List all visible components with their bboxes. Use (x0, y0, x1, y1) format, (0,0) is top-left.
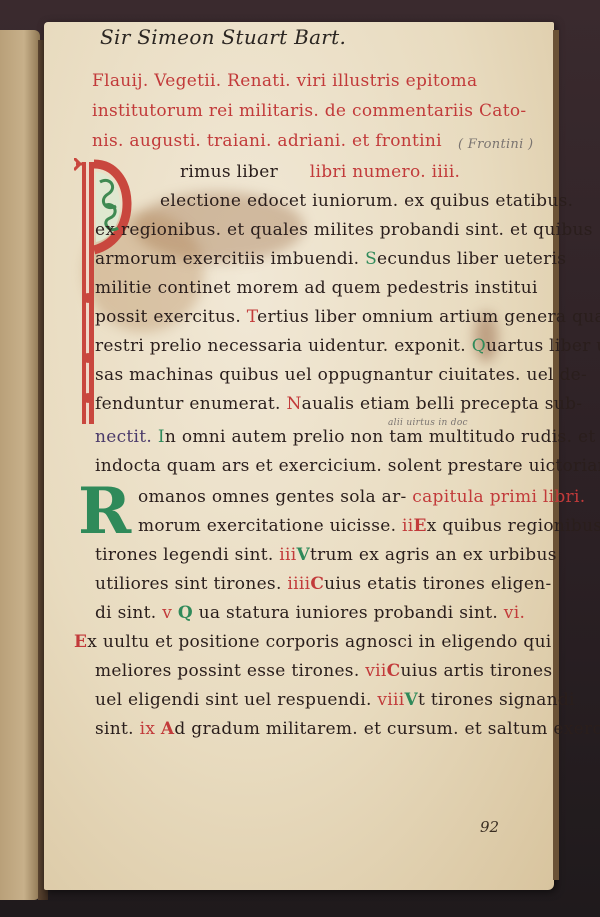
text-span: tirones legendi sint. (95, 545, 274, 565)
text-line: tirones legendi sint. iiiVtrum ex agris … (95, 544, 557, 566)
rubric-span: libri numero. iiii. (310, 162, 461, 182)
text-span: nectit. (95, 427, 152, 447)
text-span: armorum exercitiis imbuendi. (95, 249, 359, 269)
chapter-number: iiii (287, 574, 310, 594)
green-initial: V (405, 690, 419, 710)
chapter-number: vii (365, 661, 386, 681)
text-line: sint. ix Ad gradum militarem. et cursum.… (95, 718, 600, 740)
text-line: possit exercitus. Tertius liber omnium a… (95, 306, 600, 328)
text-line: militie continet morem ad quem pedestris… (95, 277, 538, 299)
text-span: n omni autem prelio non tam multitudo ru… (165, 427, 596, 447)
green-initial: Q (472, 336, 486, 356)
green-initial: S (365, 249, 377, 269)
green-initial: Q (178, 603, 193, 623)
text-span: ua statura iuniores probandi sint. (199, 603, 498, 623)
red-initial: N (286, 394, 301, 414)
text-line: rimus liber libri numero. iiii. (180, 161, 460, 183)
chapter-number: ii (402, 516, 413, 536)
text-span: trum ex agris an ex urbibus (310, 545, 557, 565)
text-span: aualis etiam belli precepta sub- (302, 394, 583, 414)
text-line: uel eligendi sint uel respuendi. viiiVt … (95, 689, 575, 711)
text-line: ex regionibus. et quales milites proband… (95, 219, 593, 241)
text-span: d gradum militarem. et cursum. et saltum… (174, 719, 600, 739)
margin-note: ( Frontini ) (458, 134, 533, 156)
text-span: meliores possint esse tirones. (95, 661, 360, 681)
text-line: morum exercitatione uicisse. iiEx quibus… (138, 515, 600, 537)
text-line: omanos omnes gentes sola ar- capitula pr… (138, 486, 585, 508)
text-line: restri prelio necessaria uidentur. expon… (95, 335, 600, 357)
chapter-number: vi. (504, 603, 525, 623)
text-span: sint. (95, 719, 134, 739)
text-line: nectit. In omni autem prelio non tam mul… (95, 426, 595, 448)
green-initial: I (158, 427, 165, 447)
text-span: x uultu et positione corporis agnosci in… (87, 632, 551, 652)
text-span: uius artis tirones (400, 661, 552, 681)
owner-inscription: Sir Simeon Stuart Bart. (100, 26, 346, 48)
folio-number: 92 (480, 818, 499, 836)
text-span: di sint. (95, 603, 156, 623)
text-span: restri prelio necessaria uidentur. expon… (95, 336, 466, 356)
red-initial: A (161, 719, 175, 739)
text-span: utiliores sint tirones. (95, 574, 282, 594)
text-line: sas machinas quibus uel oppugnantur ciui… (95, 364, 587, 386)
chapter-number: v (162, 603, 172, 623)
text-span: x quibus regionibus (427, 516, 600, 536)
green-initial: V (296, 545, 310, 565)
text-span: uartus liber uniuer- (486, 336, 600, 356)
text-line: di sint. v Q ua statura iuniores proband… (95, 602, 525, 624)
chapter-number: ix (140, 719, 156, 739)
red-initial: E (74, 632, 87, 652)
text-span: omanos omnes gentes sola ar- (138, 487, 407, 507)
red-initial: C (387, 661, 401, 681)
red-initial: E (414, 516, 427, 536)
text-span: possit exercitus. (95, 307, 241, 327)
text-line: fenduntur enumerat. Naualis etiam belli … (95, 393, 582, 415)
facing-page-edge (0, 30, 40, 900)
red-initial: C (310, 574, 324, 594)
text-span: rimus liber (180, 162, 278, 182)
text-span: morum exercitatione uicisse. (138, 516, 396, 536)
text-line: indocta quam ars et exercicium. solent p… (95, 455, 600, 477)
text-line: Ex uultu et positione corporis agnosci i… (74, 631, 552, 653)
text-line: meliores possint esse tirones. viiCuius … (95, 660, 552, 682)
rubric-line: nis. augusti. traiani. adriani. et front… (92, 130, 442, 152)
text-span: uel eligendi sint uel respuendi. (95, 690, 372, 710)
text-span: fenduntur enumerat. (95, 394, 281, 414)
red-initial: T (247, 307, 257, 327)
chapter-number: viii (377, 690, 404, 710)
text-span: uius etatis tirones eligen- (324, 574, 551, 594)
chapter-heading: capitula primi libri. (412, 487, 585, 507)
chapter-number: iii (279, 545, 296, 565)
text-line: electione edocet iuniorum. ex quibus eta… (160, 190, 573, 212)
rubric-line: institutorum rei militaris. de commentar… (92, 100, 526, 122)
green-initial-r: R (78, 480, 131, 544)
text-span: t tirones signandi (418, 690, 575, 710)
text-span: ecundus liber ueteris (377, 249, 566, 269)
text-line: utiliores sint tirones. iiiiCuius etatis… (95, 573, 552, 595)
text-line: armorum exercitiis imbuendi. Secundus li… (95, 248, 566, 270)
rubric-line: Flauij. Vegetii. Renati. viri illustris … (92, 70, 477, 92)
text-span: ertius liber omnium artium genera quae t… (257, 307, 600, 327)
